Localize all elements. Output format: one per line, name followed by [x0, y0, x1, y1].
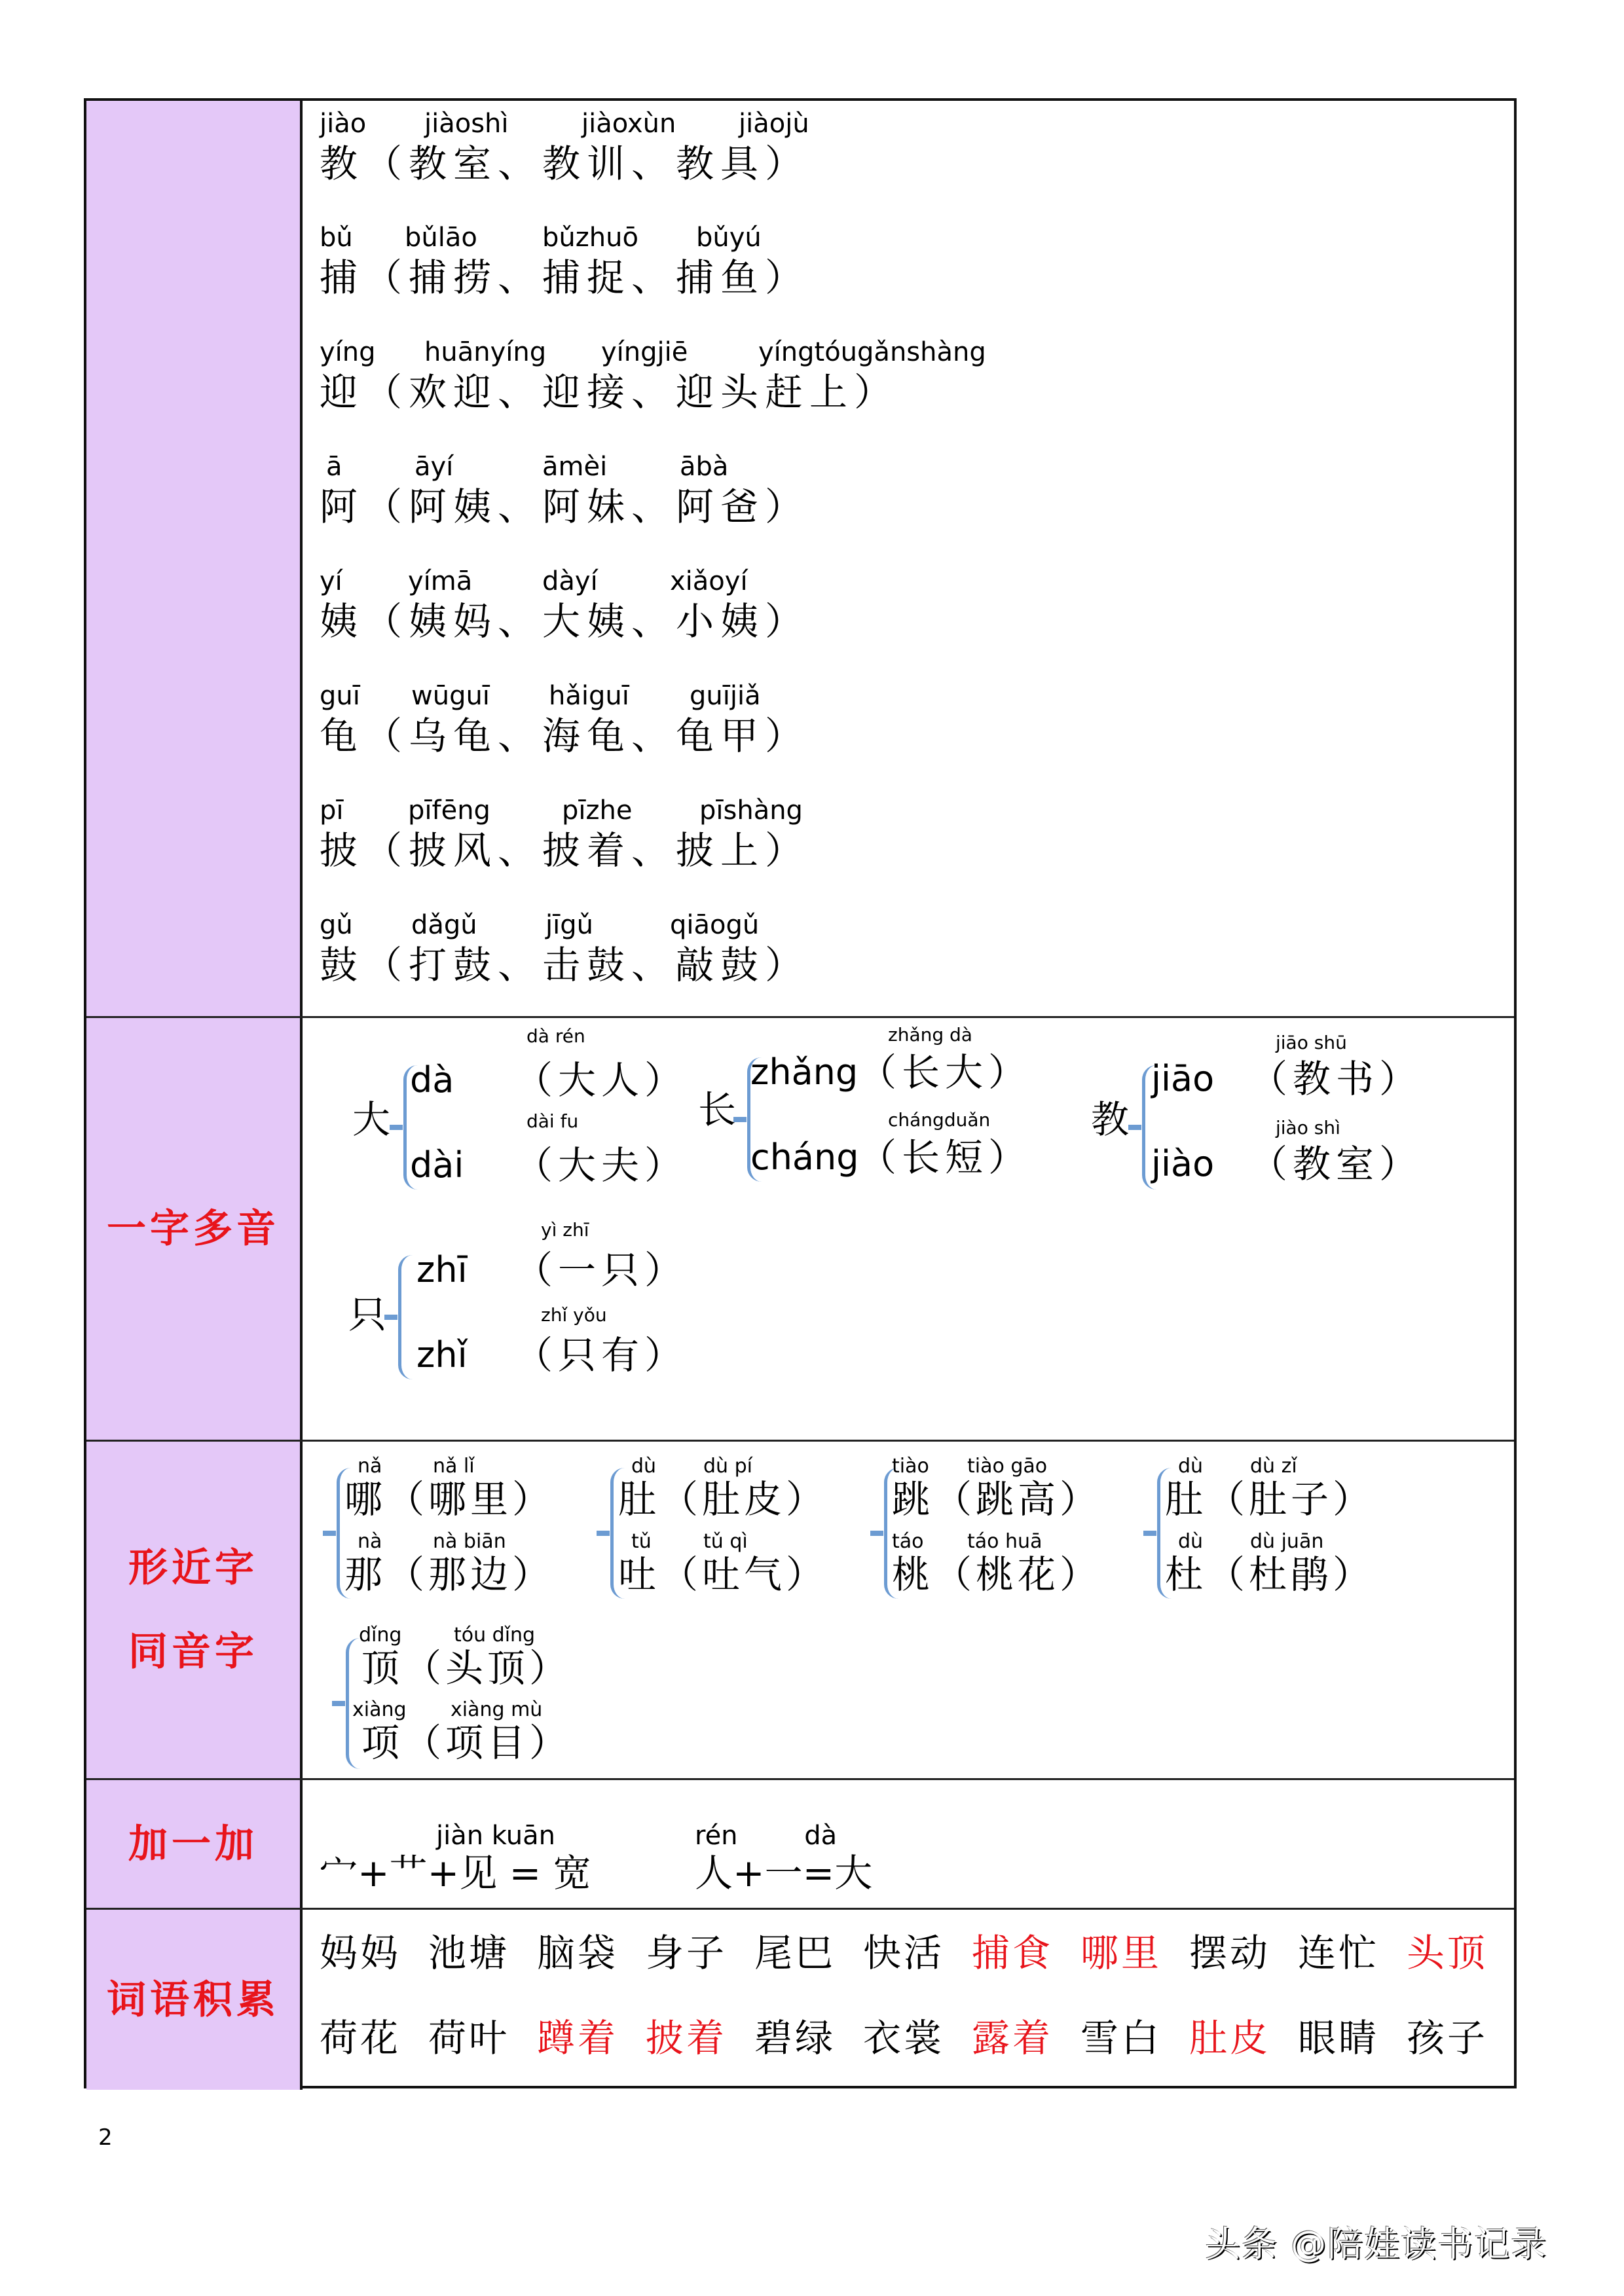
vocab-word-highlighted: 露着 [972, 2012, 1080, 2064]
brace-icon [398, 1255, 413, 1379]
equation: 宀+艹+见 = 宽 [320, 1848, 591, 1898]
vocab-word: 摆动 [1189, 1927, 1298, 1979]
vocab-word-highlighted: 披着 [646, 2012, 754, 2064]
hanzi-line: 迎（欢迎、迎接、迎头赶上） [320, 366, 898, 418]
equation-pinyin: jiàn kuān [436, 1819, 555, 1852]
vocab-word-highlighted: 捕食 [972, 1927, 1080, 1979]
vocab-row: 荷花荷叶蹲着披着碧绿衣裳露着雪白肚皮眼睛孩子 [320, 2012, 1515, 2064]
polyphone-item: 只 zhī yì zhī （一只） zhǐ zhǐ yǒu （只有） [305, 1214, 672, 1411]
section-label-cell: 一字多音 [86, 1018, 303, 1440]
page-number: 2 [98, 2124, 113, 2151]
vocab-word: 身子 [646, 1927, 754, 1979]
section-polyphones: 一字多音 大 dà dà rén （大人） dài dài fu （大夫） [86, 1016, 1514, 1440]
section-label: 加一加 [128, 1802, 258, 1886]
hanzi-line: 披（披风、披着、披上） [320, 824, 809, 877]
section-label: 词语积累 [107, 1958, 280, 2042]
study-table: jiào jiàoshì jiàoxùn jiàojù 教（教室、教训、教具） … [84, 98, 1517, 2088]
vocab-word: 眼睛 [1298, 2012, 1407, 2064]
section-label-cell: 词语积累 [86, 1910, 303, 2090]
section-label-cell: 形近字 同音字 [86, 1442, 303, 1778]
vocab-word: 连忙 [1298, 1927, 1407, 1979]
vocab-word-highlighted: 蹲着 [537, 2012, 646, 2064]
vocab-word-highlighted: 头顶 [1407, 1927, 1515, 1979]
equation: 人+一=大 [695, 1848, 872, 1898]
vocab-word: 尾巴 [754, 1927, 863, 1979]
vocab-word: 妈妈 [320, 1927, 428, 1979]
vocab-word: 碧绿 [754, 2012, 863, 2064]
section-vocabulary: 词语积累 妈妈池塘脑袋身子尾巴快活捕食哪里摆动连忙头顶 荷花荷叶蹲着披着碧绿衣裳… [86, 1908, 1514, 2090]
hanzi-line: 阿（阿姨、阿妹、阿爸） [320, 481, 809, 533]
hanzi-line: 捕（捕捞、捕捉、捕鱼） [320, 251, 809, 304]
polyphone-char: 教 [1091, 1097, 1129, 1142]
vocab-word: 荷叶 [428, 2012, 537, 2064]
similar-chars-content: nǎ nǎ lǐ 哪（哪里） nà nà biān 那（那边） dù dù pí… [305, 1442, 1514, 1778]
polyphone-item: 长 zhǎng zhǎng dà （长短） （长大） cháng chángdu… [692, 1018, 1058, 1214]
add-up-content: jiàn kuān 宀+艹+见 = 宽 rén dà 人+一=大 [305, 1780, 1514, 1908]
vocab-word: 孩子 [1407, 2012, 1515, 2064]
vocab-word: 池塘 [428, 1927, 537, 1979]
vocab-word: 雪白 [1080, 2012, 1189, 2064]
section-similar-chars: 形近字 同音字 nǎ nǎ lǐ 哪（哪里） nà nà biān 那（那边） [86, 1440, 1514, 1778]
vocab-word: 脑袋 [537, 1927, 646, 1979]
polyphone-char: 长 [698, 1087, 736, 1133]
section-label-cell [86, 101, 303, 1016]
vocab-word: 荷花 [320, 2012, 428, 2064]
polyphones-content: 大 dà dà rén （大人） dài dài fu （大夫） 长 z [305, 1018, 1514, 1440]
section-label-line2: 同音字 [128, 1610, 258, 1694]
section-label-cell: 加一加 [86, 1780, 303, 1908]
vocab-word: 快活 [863, 1927, 972, 1979]
polyphone-item: 大 dà dà rén （大人） dài dài fu （大夫） [305, 1018, 672, 1214]
section-label: 一字多音 [107, 1187, 280, 1271]
hanzi-line: 教（教室、教训、教具） [320, 137, 809, 190]
hanzi-line: 鼓（打鼓、击鼓、敲鼓） [320, 939, 809, 991]
polyphone-char: 只 [348, 1292, 386, 1338]
polyphone-item: 教 jiāo jiāo shū （教书） jiào jiào shì （教室） [1091, 1018, 1458, 1214]
section-word-groups: jiào jiàoshì jiàoxùn jiàojù 教（教室、教训、教具） … [86, 101, 1514, 1016]
vocab-row: 妈妈池塘脑袋身子尾巴快活捕食哪里摆动连忙头顶 [320, 1927, 1515, 1979]
hanzi-line: 龟（乌龟、海龟、龟甲） [320, 710, 809, 762]
vocab-word-highlighted: 肚皮 [1189, 2012, 1298, 2064]
section-add-up: 加一加 jiàn kuān 宀+艹+见 = 宽 rén dà 人+一=大 [86, 1778, 1514, 1908]
section-label-line1: 形近字 [128, 1526, 258, 1610]
polyphone-char: 大 [352, 1097, 390, 1142]
vocab-word-highlighted: 哪里 [1080, 1927, 1189, 1979]
watermark: 头条 @陪娃读书记录 [1205, 2216, 1547, 2267]
word-groups-content: jiào jiàoshì jiàoxùn jiàojù 教（教室、教训、教具） … [305, 101, 1514, 1016]
vocab-word: 衣裳 [863, 2012, 972, 2064]
vocabulary-content: 妈妈池塘脑袋身子尾巴快活捕食哪里摆动连忙头顶 荷花荷叶蹲着披着碧绿衣裳露着雪白肚… [305, 1910, 1514, 2090]
hanzi-line: 姨（姨妈、大姨、小姨） [320, 595, 809, 647]
equation-pinyin: rén dà [695, 1819, 837, 1852]
